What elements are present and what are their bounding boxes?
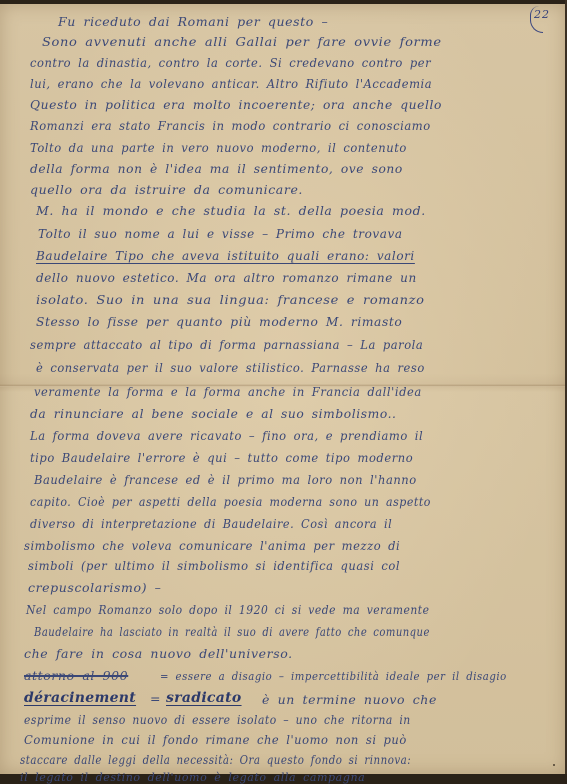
line-text: tipo Baudelaire l'errore è qui – tutto c… bbox=[30, 450, 413, 465]
manuscript-line-26: simboli (per ultimo il simbolismo si ide… bbox=[28, 558, 400, 573]
line-text: staccare dalle leggi della necessità: Or… bbox=[20, 752, 411, 767]
manuscript-line-27: crepuscolarismo) – bbox=[28, 580, 161, 595]
manuscript-line-15: Stesso lo fisse per quanto più moderno M… bbox=[36, 314, 402, 329]
line-text: contro la dinastia, contro la corte. Si … bbox=[30, 55, 431, 70]
line-text: da rinunciare al bene sociale e al suo s… bbox=[30, 406, 397, 421]
manuscript-line-7: Tolto da una parte in vero nuovo moderno… bbox=[30, 140, 407, 155]
manuscript-line-31: attorno al 900 bbox=[24, 668, 128, 683]
manuscript-line-6: Romanzi era stato Francis in modo contra… bbox=[30, 118, 431, 133]
manuscript-line-14: isolato. Suo in una sua lingua: francese… bbox=[36, 292, 425, 307]
manuscript-line-19: da rinunciare al bene sociale e al suo s… bbox=[30, 406, 397, 421]
line-text: Baudelaire ha lasciato in realtà il suo … bbox=[34, 624, 430, 639]
line-text: Baudelaire è francese ed è il primo ma l… bbox=[34, 472, 417, 487]
manuscript-line-13: dello nuovo estetico. Ma ora altro roman… bbox=[36, 270, 417, 285]
line-text: simbolismo che voleva comunicare l'anima… bbox=[24, 538, 400, 553]
manuscript-line-28: Nel campo Romanzo solo dopo il 1920 ci s… bbox=[26, 602, 430, 617]
line-text: Baudelaire Tipo che aveva istituito qual… bbox=[36, 248, 415, 263]
manuscript-line-11: Tolto il suo nome a lui e visse – Primo … bbox=[38, 226, 403, 241]
manuscript-line-9: quello ora da istruire da comunicare. bbox=[30, 182, 303, 197]
manuscript-line-1: Fu riceduto dai Romani per questo – bbox=[58, 14, 328, 29]
line-text: Tolto il suo nome a lui e visse – Primo … bbox=[38, 226, 403, 241]
line-text: Comunione in cui il fondo rimane che l'u… bbox=[24, 732, 407, 747]
manuscript-line-34: Comunione in cui il fondo rimane che l'u… bbox=[24, 732, 407, 747]
manuscript-line-33: esprime il senso nuovo di essere isolato… bbox=[24, 712, 411, 727]
line-text: lui, erano che la volevano anticar. Altr… bbox=[30, 76, 432, 91]
line-text: La forma doveva avere ricavato – fino or… bbox=[30, 428, 423, 443]
line-text: Tolto da una parte in vero nuovo moderno… bbox=[30, 140, 407, 155]
manuscript-line-32-term: déracinement bbox=[24, 690, 136, 706]
manuscript-line-20: La forma doveva avere ricavato – fino or… bbox=[30, 428, 423, 443]
page-number: 22 bbox=[534, 8, 550, 21]
line-text: esprime il senso nuovo di essere isolato… bbox=[24, 712, 411, 727]
line-text: dello nuovo estetico. Ma ora altro roman… bbox=[36, 270, 417, 285]
manuscript-page: 22 Fu riceduto dai Romani per questo – S… bbox=[0, 4, 566, 774]
line-text: che fare in cosa nuovo dell'universo. bbox=[24, 646, 293, 661]
line-text: crepuscolarismo) – bbox=[28, 580, 161, 595]
line-text: capito. Cioè per aspetti della poesia mo… bbox=[30, 494, 431, 509]
line-text: isolato. Suo in una sua lingua: francese… bbox=[36, 292, 425, 307]
manuscript-line-25: simbolismo che voleva comunicare l'anima… bbox=[24, 538, 400, 553]
line-text: Stesso lo fisse per quanto più moderno M… bbox=[36, 314, 402, 329]
manuscript-line-10: M. ha il mondo e che studia la st. della… bbox=[36, 203, 426, 218]
manuscript-line-21: tipo Baudelaire l'errore è qui – tutto c… bbox=[30, 450, 413, 465]
manuscript-line-32-rest: è un termine nuovo che bbox=[262, 692, 437, 707]
manuscript-line-12: Baudelaire Tipo che aveva istituito qual… bbox=[36, 248, 415, 263]
struck-heading: attorno al 900 bbox=[24, 668, 128, 683]
line-text: simboli (per ultimo il simbolismo si ide… bbox=[28, 558, 400, 573]
manuscript-line-2: Sono avvenuti anche alli Gallai per fare… bbox=[42, 34, 442, 49]
line-text: della forma non è l'idea ma il sentiment… bbox=[30, 161, 403, 176]
line-text: Questo in politica era molto incoerente;… bbox=[30, 97, 442, 112]
line-text: Nel campo Romanzo solo dopo il 1920 ci s… bbox=[26, 602, 430, 617]
manuscript-line-18: veramente la forma e la forma anche in F… bbox=[34, 384, 422, 399]
manuscript-line-32-eq: = bbox=[150, 691, 161, 706]
line-text: il legato il destino dell'uomo è legato … bbox=[20, 770, 365, 774]
key-term-translation: sradicato bbox=[166, 690, 242, 706]
line-text: quello ora da istruire da comunicare. bbox=[30, 182, 303, 197]
manuscript-line-29: Baudelaire ha lasciato in realtà il suo … bbox=[34, 624, 430, 639]
line-text: è conservata per il suo valore stilistic… bbox=[36, 360, 425, 375]
key-term: déracinement bbox=[24, 690, 136, 706]
line-text: sempre attaccato al tipo di forma parnas… bbox=[30, 337, 423, 352]
line-text: Sono avvenuti anche alli Gallai per fare… bbox=[42, 34, 442, 49]
manuscript-line-24: diverso di interpretazione di Baudelaire… bbox=[30, 516, 392, 531]
manuscript-line-8: della forma non è l'idea ma il sentiment… bbox=[30, 161, 403, 176]
manuscript-line-23: capito. Cioè per aspetti della poesia mo… bbox=[30, 494, 431, 509]
manuscript-line-35: staccare dalle leggi della necessità: Or… bbox=[20, 752, 411, 767]
line-text: = essere a disagio – impercettibilità id… bbox=[160, 670, 507, 683]
paper-speck bbox=[553, 764, 555, 766]
manuscript-line-4: lui, erano che la volevano anticar. Altr… bbox=[30, 76, 432, 91]
line-text: diverso di interpretazione di Baudelaire… bbox=[30, 516, 392, 531]
line-text: Fu riceduto dai Romani per questo – bbox=[58, 14, 328, 29]
manuscript-line-32-translation: sradicato bbox=[166, 690, 242, 706]
line-text: Romanzi era stato Francis in modo contra… bbox=[30, 118, 431, 133]
manuscript-line-22: Baudelaire è francese ed è il primo ma l… bbox=[34, 472, 417, 487]
manuscript-line-30: che fare in cosa nuovo dell'universo. bbox=[24, 646, 293, 661]
line-text: è un termine nuovo che bbox=[262, 692, 437, 707]
manuscript-line-31-note: = essere a disagio – impercettibilità id… bbox=[160, 670, 507, 683]
manuscript-line-5: Questo in politica era molto incoerente;… bbox=[30, 97, 442, 112]
line-text: M. ha il mondo e che studia la st. della… bbox=[36, 203, 426, 218]
manuscript-line-36: il legato il destino dell'uomo è legato … bbox=[20, 770, 365, 774]
line-text: veramente la forma e la forma anche in F… bbox=[34, 384, 422, 399]
manuscript-line-3: contro la dinastia, contro la corte. Si … bbox=[30, 55, 431, 70]
manuscript-line-17: è conservata per il suo valore stilistic… bbox=[36, 360, 425, 375]
manuscript-line-16: sempre attaccato al tipo di forma parnas… bbox=[30, 337, 423, 352]
equals-sign: = bbox=[150, 691, 161, 706]
